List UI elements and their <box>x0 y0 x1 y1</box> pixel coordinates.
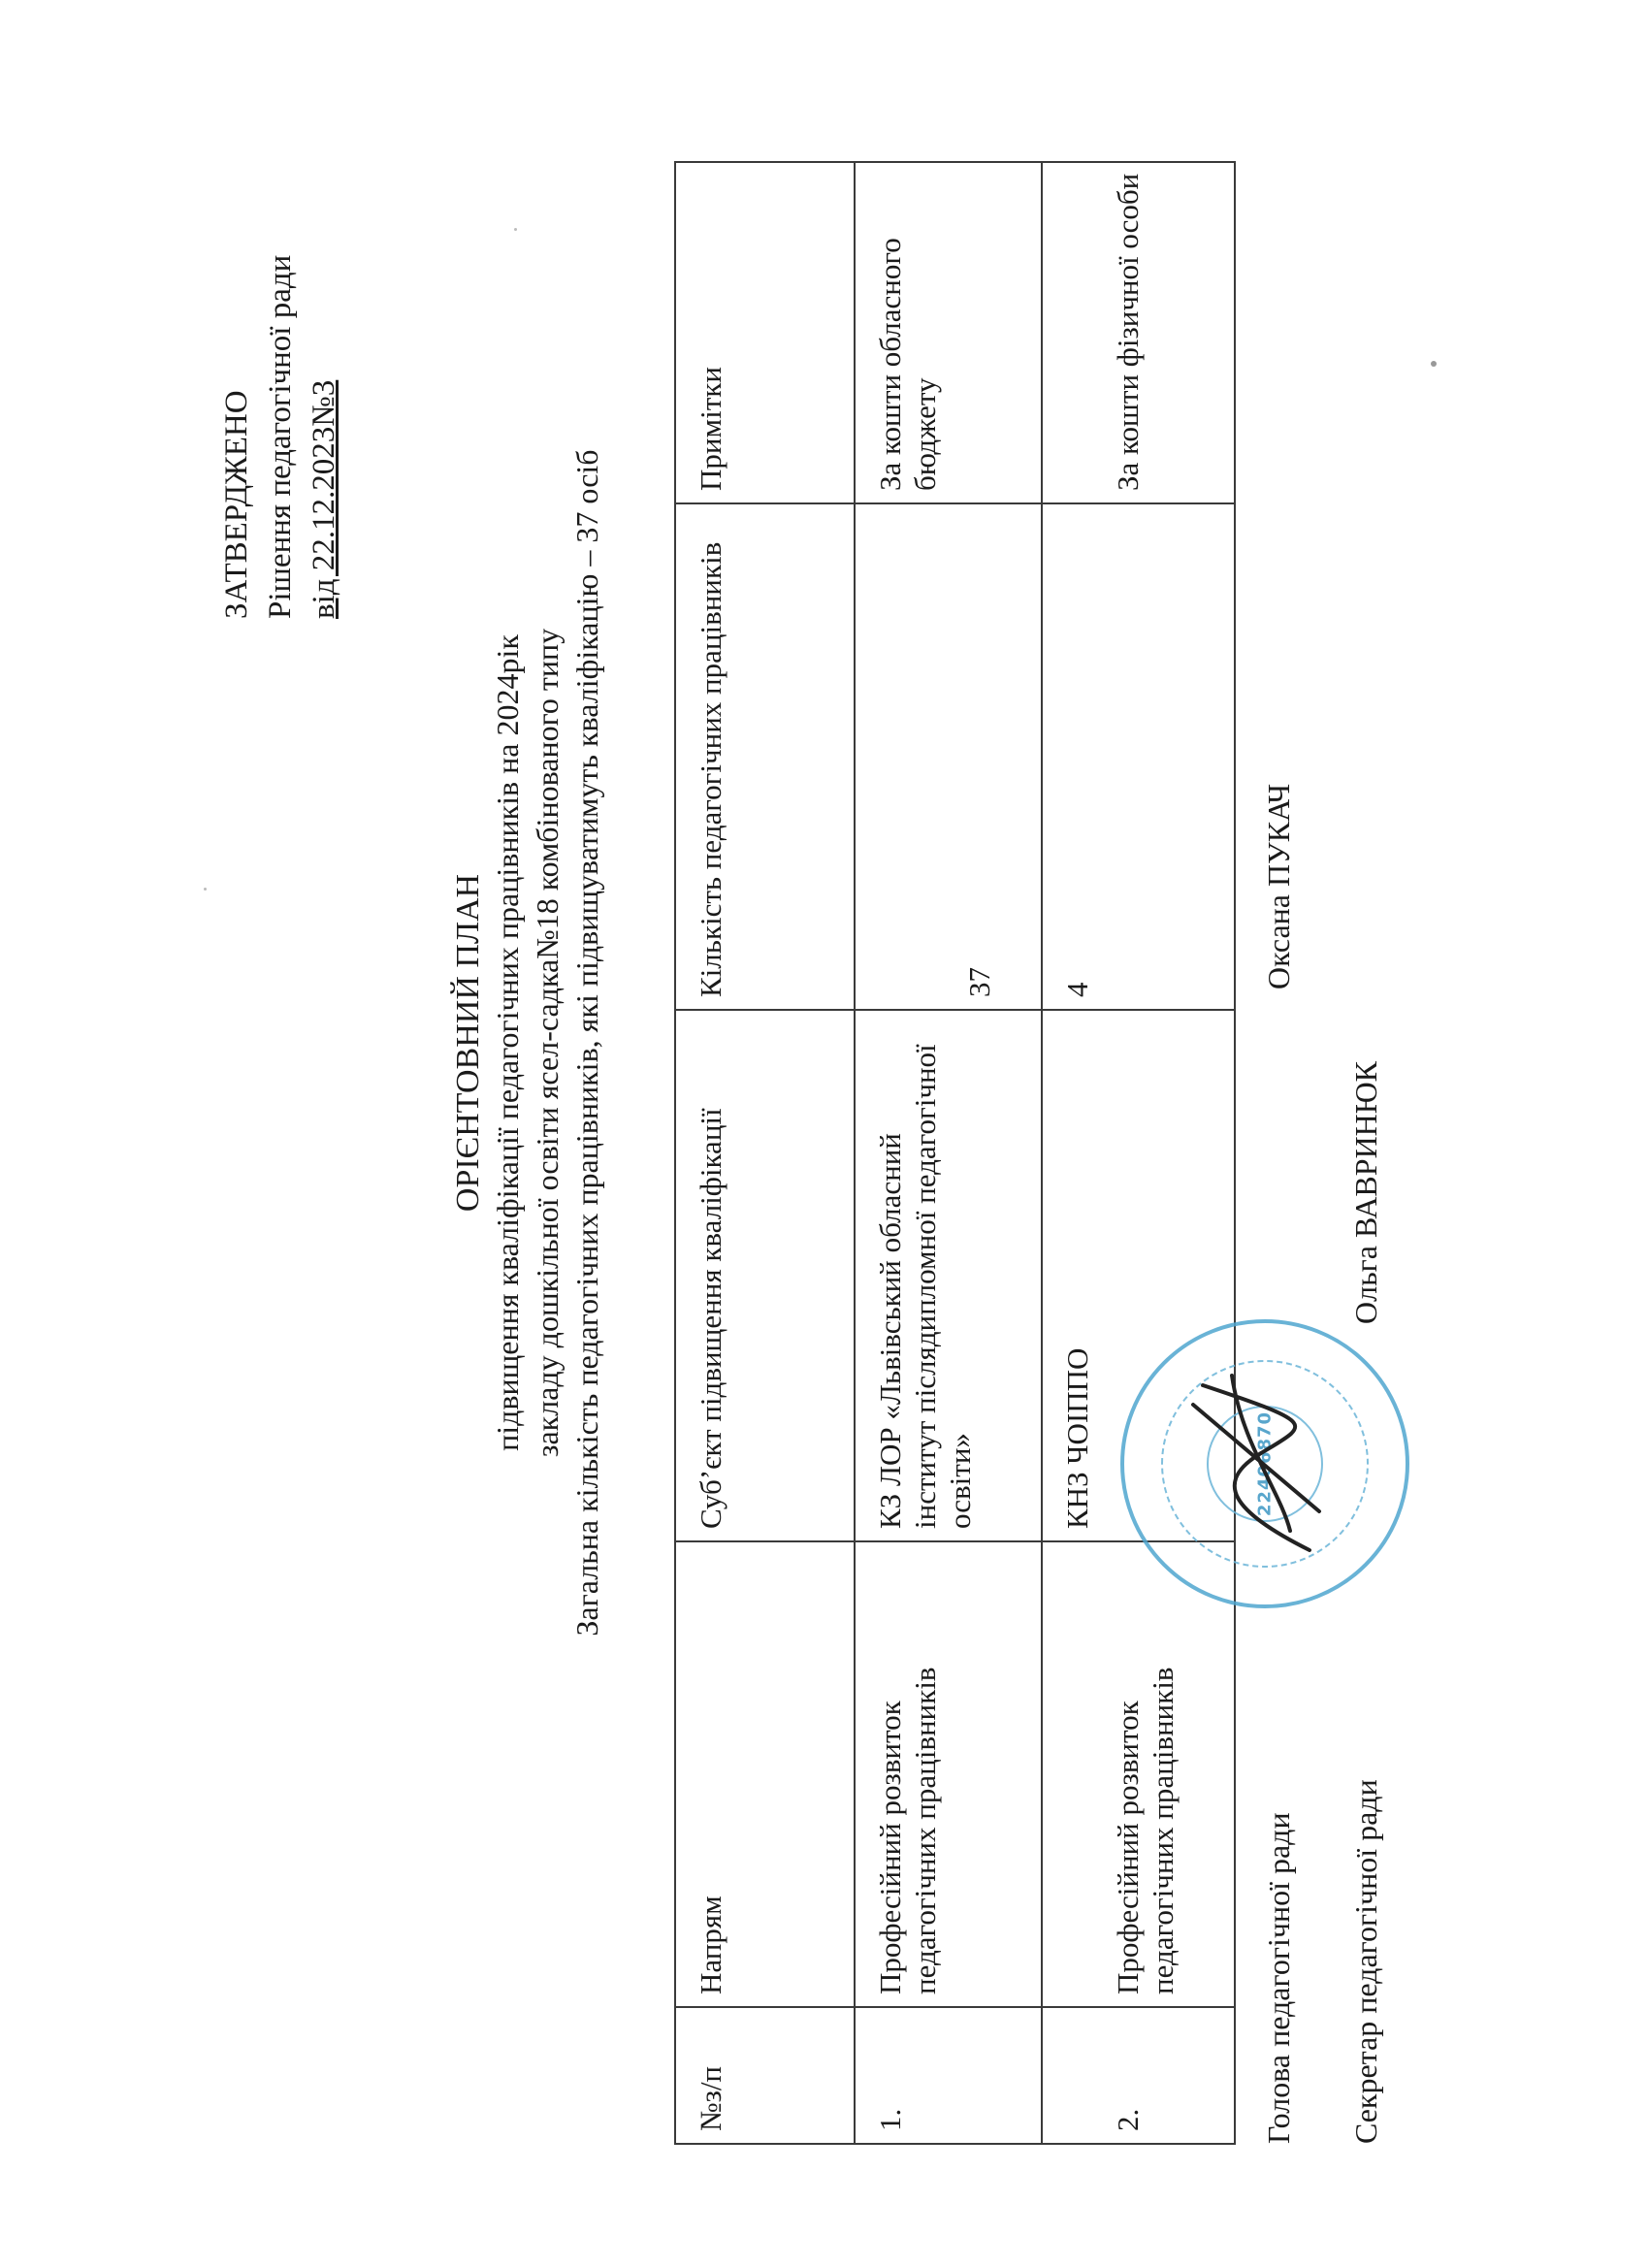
handwritten-signature <box>1174 1366 1339 1570</box>
row-provider: КЗ ЛОР «Львівський обласний інститут піс… <box>855 1010 1042 1541</box>
row-direction: Професійний розвиток педагогічних праців… <box>855 1541 1042 2007</box>
row-direction: Професійний розвиток педагогічних праців… <box>1042 1541 1235 2007</box>
approval-heading: ЗАТВЕРДЖЕНО <box>215 255 259 619</box>
scan-speck <box>514 228 517 231</box>
signature-secretary-role: Секретар педагогічної ради <box>1348 1779 1384 2144</box>
row-notes: За кошти фізичної особи <box>1042 162 1235 503</box>
row-count: 4 <box>1042 503 1235 1010</box>
approval-block: ЗАТВЕРДЖЕНО Рішення педагогічної ради ві… <box>215 255 346 619</box>
title-block: ОРІЄНТОВНИЙ ПЛАН підвищення кваліфікації… <box>448 364 607 1722</box>
table-row: 1. Професійний розвиток педагогічних пра… <box>855 162 1042 2144</box>
row-number: 2. <box>1042 2007 1235 2144</box>
header-direction: Напрям <box>675 1541 855 2007</box>
signature-chair-role: Голова педагогічної ради <box>1261 1812 1297 2144</box>
header-provider: Суб’єкт підвищення кваліфікації <box>675 1010 855 1541</box>
subtitle-line-2: закладу дошкільної освіти ясел-садка№18 … <box>528 364 567 1722</box>
approval-date: від 22.12.2023№3 <box>303 255 346 619</box>
approval-decision: Рішення педагогічної ради <box>259 255 303 619</box>
header-number: №з/п <box>675 2007 855 2144</box>
row-count: 37 <box>855 503 1042 1010</box>
table-row: 2. Професійний розвиток педагогічних пра… <box>1042 162 1235 2144</box>
row-number: 1. <box>855 2007 1042 2144</box>
subtitle-line-1: підвищення кваліфікації педагогічних пра… <box>488 364 528 1722</box>
row-notes: За кошти обласного бюджету <box>855 162 1042 503</box>
signature-chair-name: Оксана ПУКАЧ <box>1261 784 1297 989</box>
scan-speck <box>204 888 207 891</box>
document-page: ЗАТВЕРДЖЕНО Рішення педагогічної ради ві… <box>0 0 1649 2268</box>
signature-secretary-name: Ольга ВАВРИНЮК <box>1348 1061 1384 1324</box>
page-title: ОРІЄНТОВНИЙ ПЛАН <box>448 364 488 1722</box>
plan-table: №з/п Напрям Суб’єкт підвищення кваліфіка… <box>674 161 1236 2145</box>
table-header-row: №з/п Напрям Суб’єкт підвищення кваліфіка… <box>675 162 855 2144</box>
header-notes: Примітки <box>675 162 855 503</box>
header-count: Кількість педагогічних працівників <box>675 503 855 1010</box>
subtitle-line-3: Загальна кількість педагогічних працівни… <box>567 364 607 1722</box>
scan-speck <box>1431 361 1437 367</box>
